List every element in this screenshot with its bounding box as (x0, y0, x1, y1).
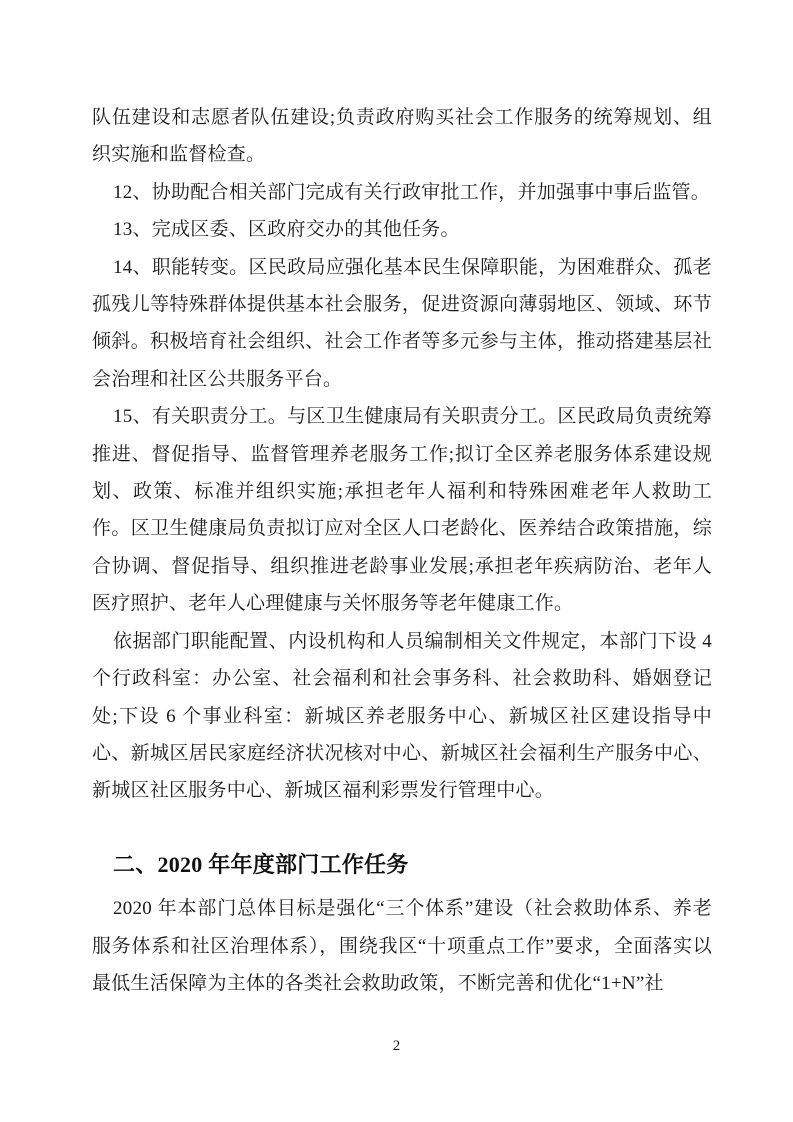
body-paragraph-item-12: 12、协助配合相关部门完成有关行政审批工作，并加强事中事后监管。 (92, 174, 712, 211)
body-paragraph-item-14: 14、职能转变。区民政局应强化基本民生保障职能，为困难群众、孤老孤残儿等特殊群体… (92, 249, 712, 399)
document-body: 队伍建设和志愿者队伍建设;负责政府购买社会工作服务的统筹规划、组织实施和监督检查… (92, 99, 712, 1002)
body-paragraph-2020-goals: 2020 年本部门总体目标是强化“三个体系”建设（社会救助体系、养老服务体系和社… (92, 890, 712, 1002)
body-paragraph-item-15: 15、有关职责分工。与区卫生健康局有关职责分工。区民政局负责统筹推进、督促指导、… (92, 398, 712, 622)
page-number: 2 (0, 1036, 793, 1056)
body-paragraph-continuation: 队伍建设和志愿者队伍建设;负责政府购买社会工作服务的统筹规划、组织实施和监督检查… (92, 99, 712, 174)
body-paragraph-org-structure: 依据部门职能配置、内设机构和人员编制相关文件规定，本部门下设 4 个行政科室：办… (92, 623, 712, 810)
document-page: 队伍建设和志愿者队伍建设;负责政府购买社会工作服务的统筹规划、组织实施和监督检查… (0, 0, 793, 1122)
body-paragraph-item-13: 13、完成区委、区政府交办的其他任务。 (92, 211, 712, 248)
section-heading: 二、2020 年年度部门工作任务 (92, 846, 712, 883)
